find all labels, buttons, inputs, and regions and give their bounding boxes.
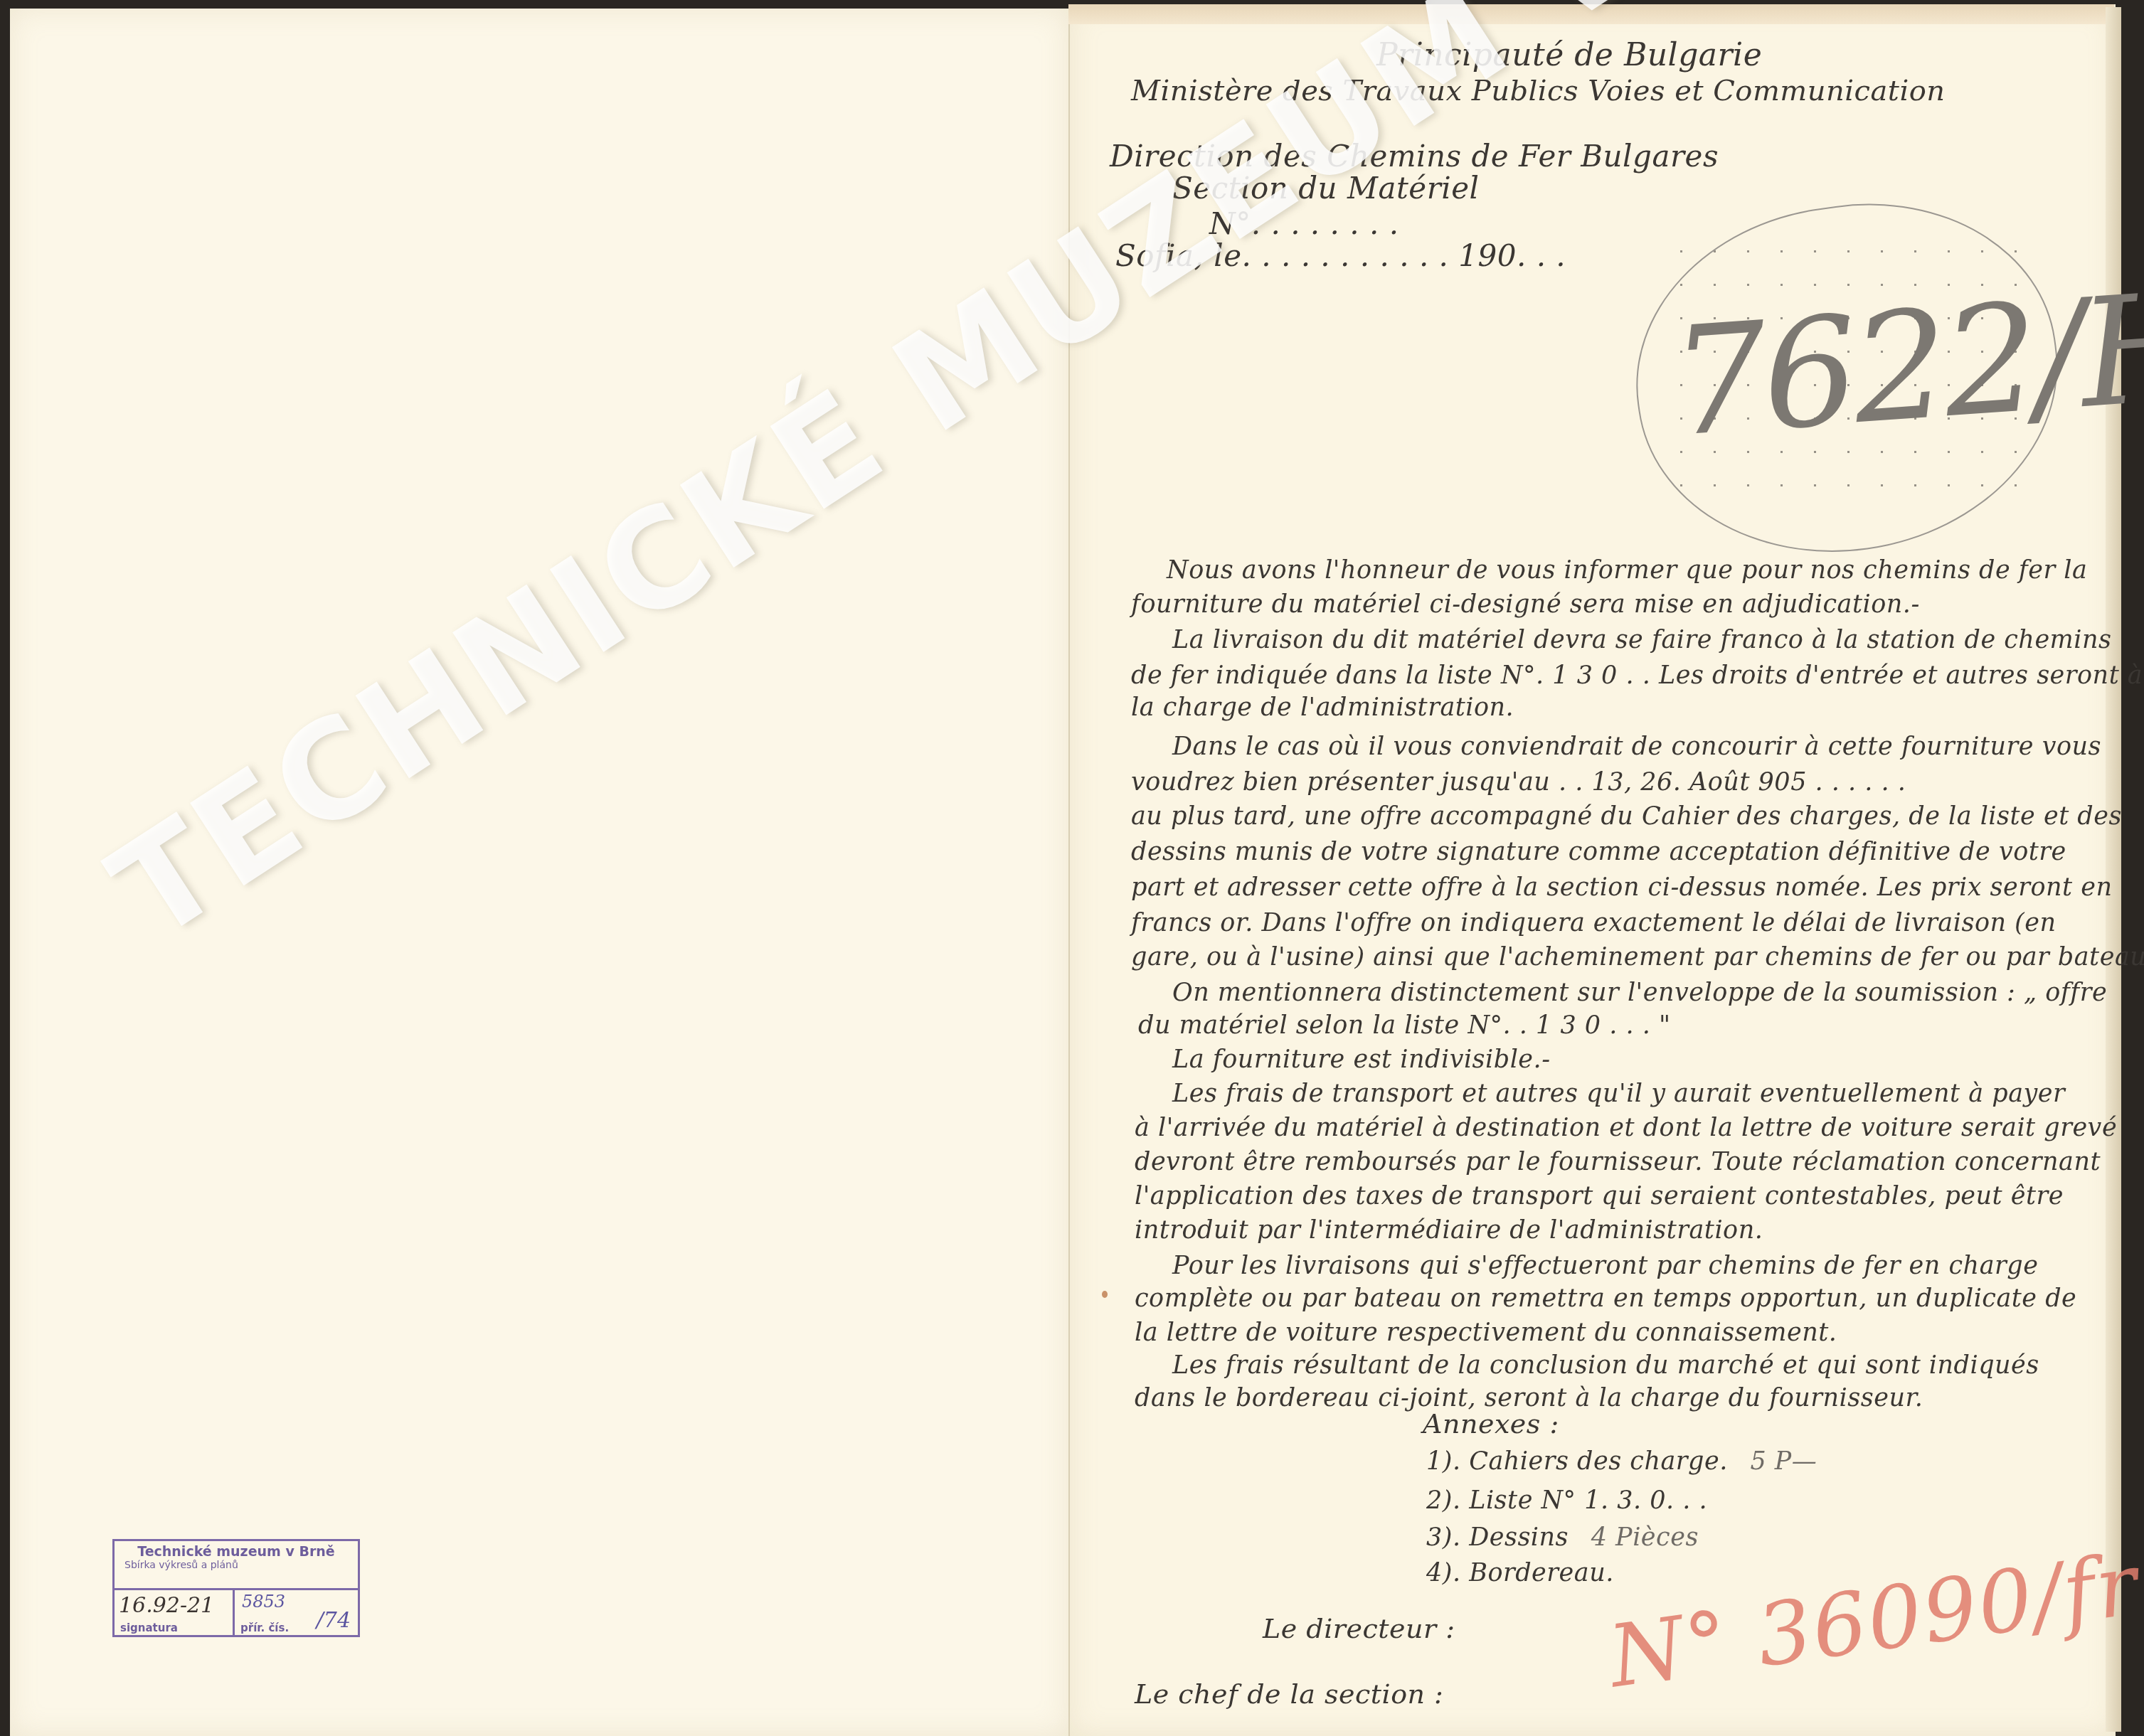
body-line: La livraison du dit matériel devra se fa… (1172, 626, 2111, 654)
stamp-accession-label: přír. čís. (240, 1621, 289, 1634)
body-line: dessins munis de votre signature comme a… (1131, 838, 2066, 866)
body-line: la charge de l'administration. (1131, 693, 1514, 722)
letterhead-line-1: Principauté de Bulgarie (1376, 37, 1762, 73)
annex-item: 3). Dessins 4 Pièces (1426, 1523, 1699, 1552)
body-line: La fourniture est indivisible.- (1172, 1045, 1551, 1074)
body-line: Les frais résultant de la conclusion du … (1172, 1351, 2039, 1380)
body-line: Pour les livraisons qui s'effectueront p… (1172, 1252, 2038, 1280)
body-line: l'application des taxes de transport qui… (1135, 1182, 2064, 1210)
annex-item: 1). Cahiers des charge. 5 P— (1426, 1447, 1817, 1476)
annex-item: 4). Bordereau. (1426, 1559, 1614, 1587)
stamp-collection: Sbírka výkresů a plánů (115, 1560, 358, 1571)
body-line: gare, ou à l'usine) ainsi que l'achemine… (1131, 943, 2144, 971)
page-top-edge (1068, 4, 2114, 24)
circled-number: 7622/H (1666, 259, 2144, 470)
body-line: On mentionnera distinctement sur l'envel… (1172, 979, 2107, 1007)
body-line: voudrez bien présenter jusqu'au . . 13, … (1131, 768, 1906, 797)
body-line: Les frais de transport et autres qu'il y… (1172, 1080, 2065, 1108)
ink-spot (1102, 1291, 1108, 1298)
annexes-title: Annexes : (1423, 1408, 1559, 1439)
body-line: devront être remboursés par le fournisse… (1135, 1148, 2101, 1176)
director-label: Le directeur : (1263, 1613, 1455, 1644)
stamp-signature-value: 16.92-21 (119, 1593, 214, 1618)
stamp-accession-year: /74 (317, 1608, 351, 1633)
stamp-museum-name: Technické muzeum v Brně (115, 1544, 358, 1560)
annex-label: 2). Liste N° 1. 3. 0. . . (1426, 1486, 1707, 1515)
body-line: complète ou par bateau on remettra en te… (1135, 1284, 2076, 1313)
number-line: N°. . . . . . . . (1209, 206, 1399, 241)
body-line: introduit par l'intermédiaire de l'admin… (1135, 1216, 1763, 1245)
left-page (10, 9, 1068, 1736)
section-line: Section du Matériel (1172, 171, 1480, 206)
body-line: au plus tard, une offre accompagné du Ca… (1131, 802, 2122, 831)
museum-stamp: Technické muzeum v Brně Sbírka výkresů a… (112, 1539, 360, 1637)
body-line: Nous avons l'honneur de vous informer qu… (1167, 556, 2087, 585)
body-line: de fer indiquée dans la liste N°. 1 3 0 … (1131, 661, 2143, 690)
annex-note: 4 Pièces (1591, 1523, 1699, 1552)
stamp-accession-value: 5853 (242, 1592, 285, 1612)
section-chief-label: Le chef de la section : (1135, 1678, 1443, 1710)
place-date-line: Sofia, le. . . . . . . . . . . 190. . . (1115, 238, 1566, 273)
annex-note: 5 P— (1750, 1447, 1817, 1476)
body-line: francs or. Dans l'offre on indiquera exa… (1131, 909, 2057, 937)
annex-item: 2). Liste N° 1. 3. 0. . . (1426, 1486, 1707, 1515)
direction-line: Direction des Chemins de Fer Bulgares (1110, 139, 1719, 174)
body-line: la lettre de voiture respectivement du c… (1135, 1319, 1837, 1347)
stamp-signature-label: signatura (120, 1621, 178, 1634)
annex-label: 1). Cahiers des charge. (1426, 1447, 1728, 1476)
body-line: du matériel selon la liste N°. . 1 3 0 .… (1138, 1011, 1671, 1040)
body-line: Dans le cas où il vous conviendrait de c… (1172, 733, 2101, 761)
body-line: à l'arrivée du matériel à destination et… (1135, 1114, 2117, 1142)
annex-label: 4). Bordereau. (1426, 1559, 1614, 1587)
body-line: part et adresser cette offre à la sectio… (1131, 873, 2113, 902)
body-line: fourniture du matériel ci-designé sera m… (1131, 590, 1920, 619)
annex-label: 3). Dessins (1426, 1523, 1569, 1552)
letterhead-line-2: Ministère des Travaux Publics Voies et C… (1131, 75, 1946, 107)
